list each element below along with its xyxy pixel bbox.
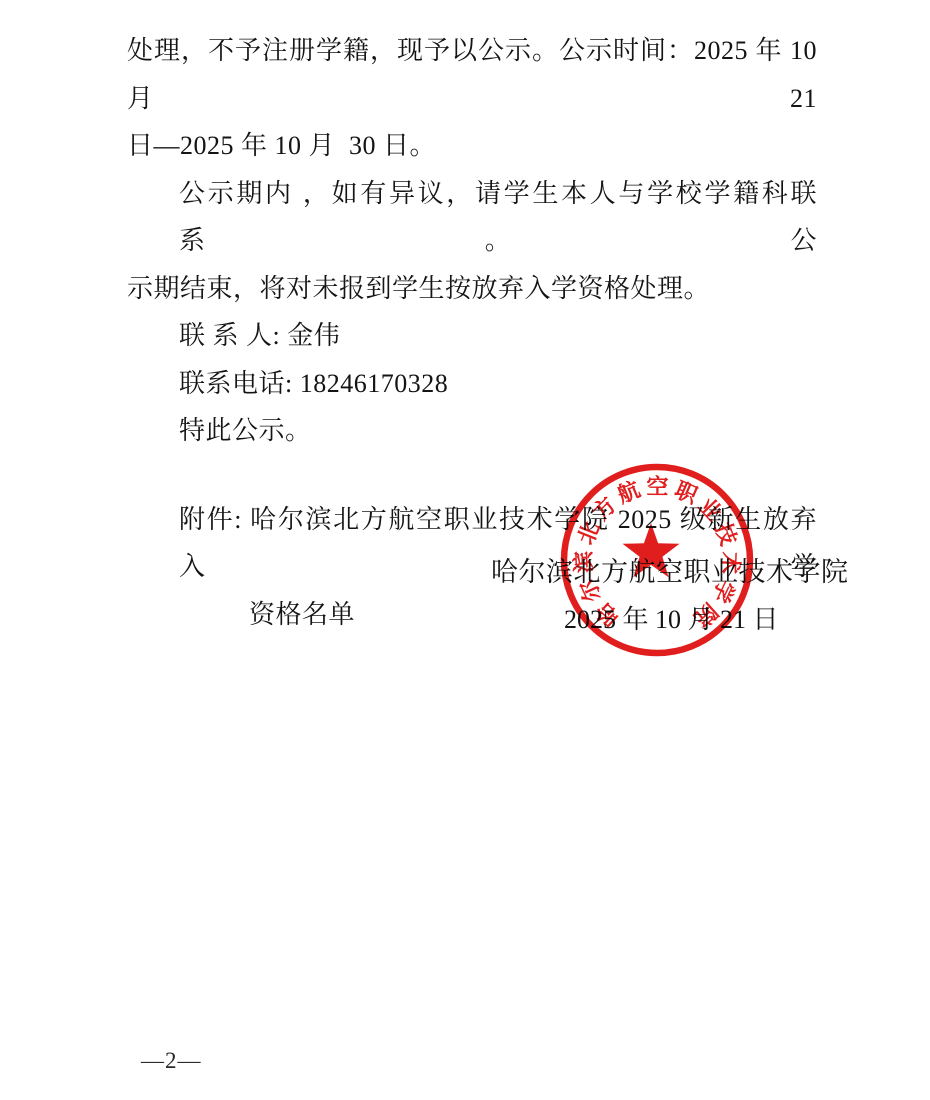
body-line: 日—2025 年 10 月 30 日。 bbox=[127, 122, 817, 170]
seal-star-icon bbox=[623, 523, 680, 577]
page-number: —2— bbox=[141, 1048, 202, 1074]
closing-line: 特此公示。 bbox=[127, 407, 817, 455]
body-line: 处理，不予注册学籍，现予以公示。公示时间：2025 年 10 月 21 bbox=[127, 27, 817, 122]
official-seal: 哈尔滨北方航空职业技术学院 bbox=[547, 450, 767, 670]
body-line: 公示期内 ，如有异议，请学生本人与学校学籍科联系。公 bbox=[127, 170, 817, 265]
contact-phone-line: 联系电话: 18246170328 bbox=[127, 360, 817, 408]
document-page: 处理，不予注册学籍，现予以公示。公示时间：2025 年 10 月 21 日—20… bbox=[0, 0, 930, 1100]
body-line: 示期结束，将对未报到学生按放弃入学资格处理。 bbox=[127, 265, 817, 313]
contact-person-line: 联 系 人: 金伟 bbox=[127, 312, 817, 360]
